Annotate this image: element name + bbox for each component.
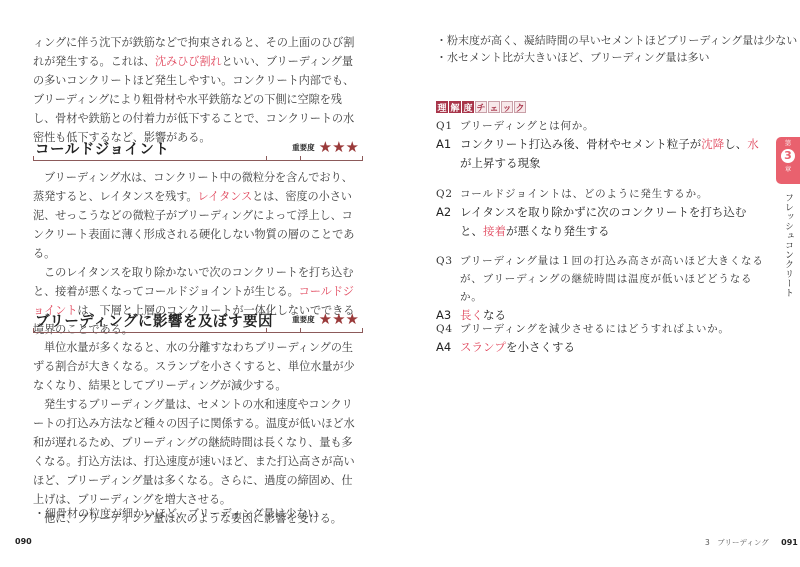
- qa-item-4: Q4 ブリーディングを減少させるにはどうすればよいか。 A4 スランプを小さくす…: [436, 320, 766, 357]
- importance-rating: 重要度 ★★★: [292, 140, 359, 155]
- star-icon: ★★★: [319, 140, 359, 155]
- heading-char: チ: [475, 101, 487, 113]
- answer: A2 レイタンスを取り除かずに次のコンクリートを打ち込むと、接着が悪くなり発生す…: [436, 203, 766, 241]
- highlighted-term: 沈みひび割れ: [155, 55, 222, 68]
- highlighted-term: 沈降: [701, 137, 724, 151]
- rule-tick: [362, 156, 363, 161]
- paragraph: 単位水量が多くなると、水の分離すなわちブリーディングの生ずる割合が大きくなる。ス…: [33, 338, 363, 395]
- chapter-suffix: 章: [776, 165, 800, 174]
- intro-paragraph: ィングに伴う沈下が鉄筋などで拘束されると、その上面のひび割れが発生する。これは、…: [33, 33, 363, 147]
- bullet-item: ・水セメント比が大きいほど、ブリーディング量は多い: [436, 49, 709, 66]
- chapter-title: フレッシュコンクリート: [781, 193, 793, 298]
- rule-tick: [266, 156, 267, 161]
- section-heading-bleeding-factors: ブリーディングに影響を及ぼす要因 重要度 ★★★: [33, 310, 363, 333]
- rule-tick: [362, 328, 363, 333]
- text-segment: といい、ブリーディング量の多いコンクリートほど発生しやすい。コンクリート内部でも…: [33, 55, 354, 144]
- answer-text: コンクリート打込み後、骨材やセメント粒子が沈降し、水が上昇する現象: [460, 135, 766, 173]
- question-text: ブリーディングとは何か。: [460, 117, 766, 135]
- answer-text: スランプを小さくする: [460, 338, 766, 357]
- rule-tick: [300, 328, 301, 333]
- qa-item-2: Q2 コールドジョイントは、どのように発生するか。 A2 レイタンスを取り除かず…: [436, 185, 766, 241]
- page-number: 090: [15, 537, 32, 546]
- star-icon: ★★★: [319, 312, 359, 327]
- bullet-item: ・粉末度が高く、凝結時間の早いセメントほどブリーディング量は少ない: [436, 32, 797, 49]
- text-segment: し、: [724, 137, 747, 151]
- text-segment: を小さくする: [506, 340, 575, 354]
- importance-label: 重要度: [292, 314, 315, 325]
- question-label: Q2: [436, 185, 460, 203]
- heading-char: 理: [436, 101, 448, 113]
- section-name: 3 ブリーディング: [705, 538, 769, 547]
- question-label: Q3: [436, 252, 460, 306]
- section-heading-cold-joint: コールドジョイント 重要度 ★★★: [33, 138, 363, 161]
- left-page: ィングに伴う沈下が鉄筋などで拘束されると、その上面のひび割れが発生する。これは、…: [0, 0, 400, 567]
- bleeding-factors-body: 単位水量が多くなると、水の分離すなわちブリーディングの生ずる割合が大きくなる。ス…: [33, 338, 363, 528]
- text-segment: コンクリート打込み後、骨材やセメント粒子が: [460, 137, 701, 151]
- chapter-number: 3: [781, 149, 795, 163]
- importance-rating: 重要度 ★★★: [292, 312, 359, 327]
- answer-label: A2: [436, 203, 460, 241]
- section-title: コールドジョイント: [35, 138, 169, 159]
- text-segment: が悪くなり発生する: [506, 224, 610, 238]
- question-label: Q4: [436, 320, 460, 338]
- answer: A4 スランプを小さくする: [436, 338, 766, 357]
- answer-label: A4: [436, 338, 460, 357]
- highlighted-term: 接着: [483, 224, 506, 238]
- question-label: Q1: [436, 117, 460, 135]
- question: Q4 ブリーディングを減少させるにはどうすればよいか。: [436, 320, 766, 338]
- question: Q3 ブリーディング量は１回の打込み高さが高いほど大きくなるが、ブリーディングの…: [436, 252, 766, 306]
- page-number: 091: [781, 538, 798, 547]
- chapter-prefix: 第: [776, 139, 800, 148]
- bullet-item: ・細骨材の粒度が細かいほど、ブリーディング量は少ない: [34, 505, 318, 522]
- rule-tick: [33, 328, 34, 333]
- highlighted-term: レイタンス: [198, 190, 253, 203]
- comprehension-check-heading: 理 解 度 チ ェ ッ ク: [436, 101, 527, 113]
- running-footer: 3 ブリーディング 091: [705, 537, 798, 548]
- question-text: コールドジョイントは、どのように発生するか。: [460, 185, 766, 203]
- qa-item-1: Q1 ブリーディングとは何か。 A1 コンクリート打込み後、骨材やセメント粒子が…: [436, 117, 766, 173]
- heading-char: 度: [462, 101, 474, 113]
- importance-label: 重要度: [292, 142, 315, 153]
- answer: A1 コンクリート打込み後、骨材やセメント粒子が沈降し、水が上昇する現象: [436, 135, 766, 173]
- highlighted-term: 水: [747, 137, 759, 151]
- qa-item-3: Q3 ブリーディング量は１回の打込み高さが高いほど大きくなるが、ブリーディングの…: [436, 252, 766, 325]
- chapter-tab[interactable]: 第 3 章: [776, 137, 800, 184]
- section-title: ブリーディングに影響を及ぼす要因: [35, 310, 273, 331]
- question: Q2 コールドジョイントは、どのように発生するか。: [436, 185, 766, 203]
- answer-text: レイタンスを取り除かずに次のコンクリートを打ち込むと、接着が悪くなり発生する: [460, 203, 766, 241]
- paragraph: 発生するブリーディング量は、セメントの水和速度やコンクリートの打込み方法など種々…: [33, 395, 363, 509]
- rule-tick: [266, 328, 267, 333]
- heading-char: ェ: [488, 101, 500, 113]
- answer-label: A1: [436, 135, 460, 173]
- highlighted-term: スランプ: [460, 340, 506, 354]
- question-text: ブリーディング量は１回の打込み高さが高いほど大きくなるが、ブリーディングの継続時…: [460, 252, 766, 306]
- rule-tick: [300, 156, 301, 161]
- text-segment: が上昇する現象: [460, 156, 541, 170]
- heading-char: 解: [449, 101, 461, 113]
- question-text: ブリーディングを減少させるにはどうすればよいか。: [460, 320, 766, 338]
- question: Q1 ブリーディングとは何か。: [436, 117, 766, 135]
- rule-tick: [33, 156, 34, 161]
- heading-char: ッ: [501, 101, 513, 113]
- heading-char: ク: [514, 101, 526, 113]
